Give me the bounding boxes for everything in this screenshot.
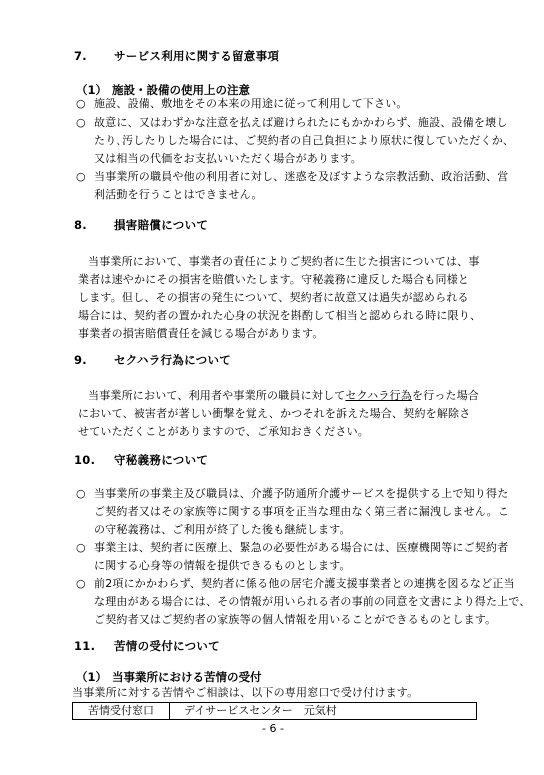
section-11-1-heading: （1）当事業所における苦情の受付 — [76, 669, 262, 685]
bullet-text: の守秘義務は、ご利用が終了した後も継続します。 — [94, 523, 351, 537]
document-page: 7.サービス利用に関する留意事項 （1）施設・設備の使用上の注意 ○ 施設、設備… — [0, 0, 544, 775]
bullet-text: 当事業所の職員や他の利用者に対し、迷惑を及ぼすような宗教活動、政治活動、営 — [94, 170, 508, 184]
paragraph-line: 業者は速やかにその損害を賠償いたします。守秘義務に違反した場合も同様と — [78, 273, 469, 287]
page-number: - 6 - — [262, 722, 284, 735]
section-11-heading: 11.苦情の受付について — [74, 638, 220, 654]
table-value-cell: デイサービスセンター 元気村 — [170, 703, 477, 720]
subsection-number: （1） — [76, 82, 112, 98]
paragraph-line: 当事業所において、事業者の責任によりご契約者に生じた損害については、事 — [88, 255, 480, 269]
paragraph-line: において、被害者が著しい衝撃を覚え、かつそれを訴えた場合、契約を解除さ — [78, 407, 470, 421]
paragraph-line: せていただくことがありますので、ご承知おきください。 — [78, 425, 369, 439]
section-number: 9. — [74, 353, 114, 367]
section-10-heading: 10.守秘義務について — [74, 452, 208, 468]
bullet-icon: ○ — [76, 116, 86, 130]
paragraph-line: 場合には、契約者の置かれた心身の状況を斟酌して相当と認められる時に限り、 — [78, 309, 481, 323]
section-number: 10. — [74, 453, 114, 467]
section-title: 苦情の受付について — [114, 639, 220, 653]
paragraph-line: 当事業所において、利用者や事業所の職員に対してセクハラ行為を行った場合 — [88, 389, 479, 403]
section-title: セクハラ行為について — [114, 353, 231, 367]
bullet-icon: ○ — [76, 487, 86, 501]
bullet-icon: ○ — [76, 541, 86, 555]
section-8-heading: 8.損害賠償について — [74, 217, 208, 233]
table-row: 苦情受付窓口 デイサービスセンター 元気村 — [73, 703, 477, 720]
paragraph-line: 事業者の損害賠償責任を減じる場合があります。 — [78, 327, 324, 341]
paragraph-line: します。但し、その損害の発生について、契約者に故意又は過失が認められる — [78, 291, 469, 305]
section-title: 損害賠償について — [114, 218, 208, 232]
section-number: 8. — [74, 218, 114, 232]
bullet-text: ご契約者又はご契約者の家族等の個人情報を用いることができるものとします。 — [94, 613, 496, 627]
text: を行った場合 — [412, 389, 479, 402]
section-7-heading: 7.サービス利用に関する留意事項 — [74, 48, 279, 64]
bullet-text: 事業主は、契約者に医療上、緊急の必要性がある場合には、医療機関等にご契約者 — [94, 541, 508, 555]
bullet-text: 施設、設備、敷地をその本来の用途に従って利用して下さい。 — [94, 97, 408, 111]
bullet-text: たり､汚したりした場合には、ご契約者の自己負担により原状に復していただくか、 — [94, 134, 514, 148]
section-7-1-heading: （1）施設・設備の使用上の注意 — [76, 82, 250, 98]
underlined-term: セクハラ行為 — [345, 389, 412, 402]
section-title: 守秘義務について — [114, 453, 208, 467]
bullet-text: 故意に、又はわずかな注意を払えば避けられたにもかかわらず、施設、設備を壊し — [94, 116, 508, 130]
complaint-contact-table: 苦情受付窓口 デイサービスセンター 元気村 — [72, 702, 477, 720]
bullet-text: な理由がある場合には、その情報が用いられる者の事前の同意を文書により得た上で、 — [94, 595, 531, 609]
section-number: 7. — [74, 49, 114, 63]
bullet-text: 当事業所の事業主及び職員は、介護予防通所介護サービスを提供する上で知り得た — [94, 487, 508, 501]
bullet-text: 又は相当の代価をお支払いいただく場合があります。 — [94, 152, 362, 166]
subsection-number: （1） — [76, 669, 112, 685]
paragraph-line: 当事業所に対する苦情やご相談は、以下の専用窓口で受け付けます。 — [72, 686, 418, 700]
section-number: 11. — [74, 639, 114, 653]
section-9-heading: 9.セクハラ行為について — [74, 352, 231, 368]
section-title: サービス利用に関する留意事項 — [114, 49, 279, 63]
bullet-text: ご契約者又はその家族等に関する事項を正当な理由なく第三者に漏洩しません。こ — [94, 505, 509, 519]
table-key-cell: 苦情受付窓口 — [73, 703, 170, 720]
subsection-title: 当事業所における苦情の受付 — [112, 670, 262, 684]
bullet-text: 前2項にかかわらず、契約者に係る他の居宅介護支援事業者との連携を図るなど正当 — [94, 577, 515, 591]
bullet-icon: ○ — [76, 97, 86, 111]
bullet-text: 利活動を行うことはできません。 — [94, 188, 263, 202]
bullet-text: に関する心身等の情報を提供できるものとします。 — [94, 559, 351, 573]
bullet-icon: ○ — [76, 170, 86, 184]
subsection-title: 施設・設備の使用上の注意 — [112, 83, 250, 97]
bullet-icon: ○ — [76, 577, 86, 591]
text: 当事業所において、利用者や事業所の職員に対して — [88, 389, 345, 402]
